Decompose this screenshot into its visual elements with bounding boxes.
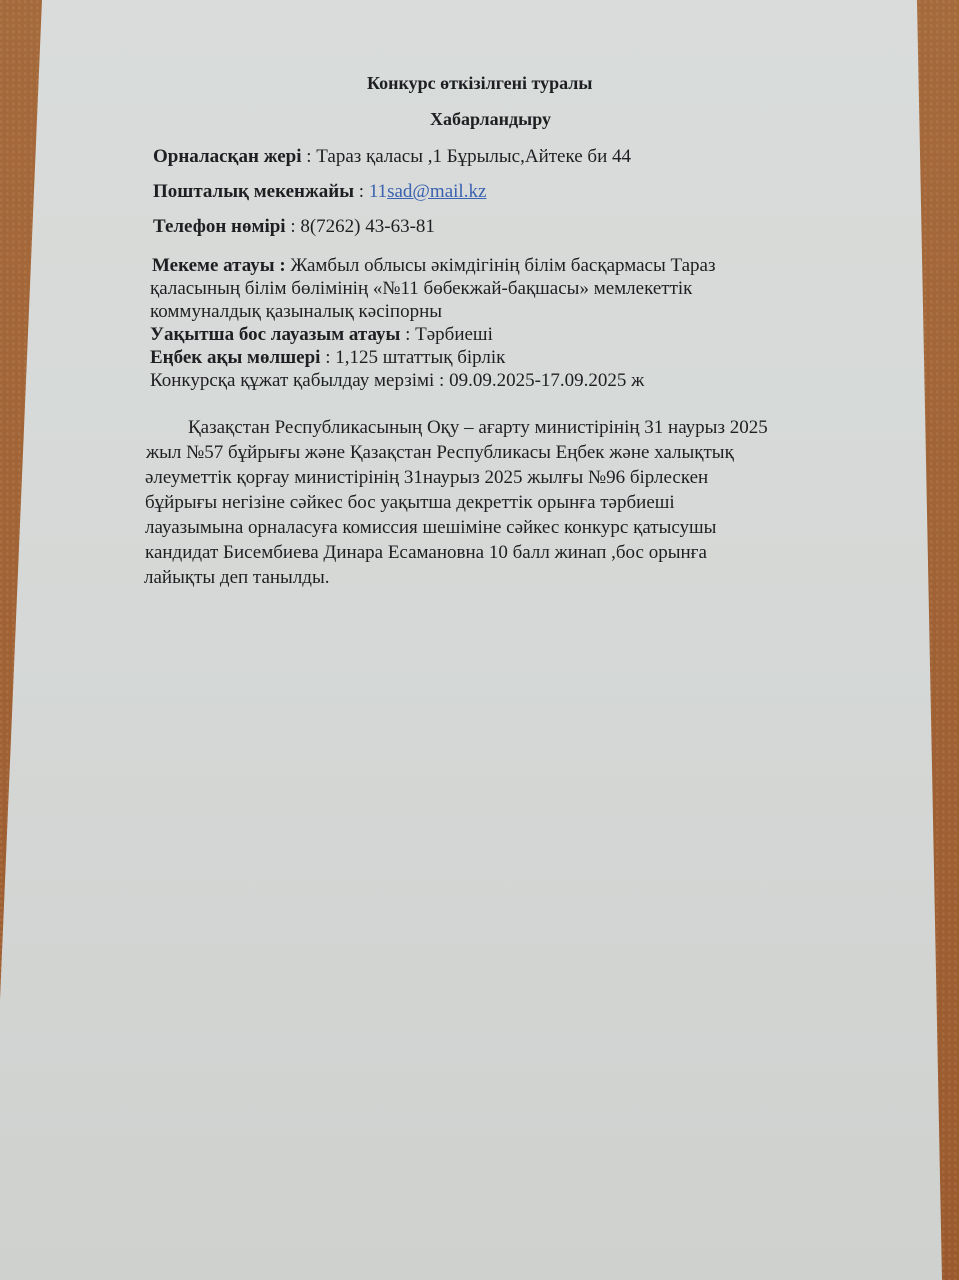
body-line-4: бұйрығы негізіне сәйкес бос уақытша декр… (145, 492, 675, 514)
position-sep: : (400, 324, 415, 345)
salary-label: Еңбек ақы мөлшері (150, 347, 320, 368)
institution-value-line-1: Жамбыл облысы әкімдігінің білім басқарма… (286, 255, 716, 276)
salary-sep: : (320, 347, 335, 368)
phone-field: Телефон нөмірі : 8(7262) 43-63-81 (153, 216, 435, 238)
body-line-1: Қазақстан Республикасының Оқу – ағарту м… (188, 417, 768, 439)
title-line-2: Хабарландыру (430, 108, 551, 130)
salary-value: 1,125 штаттық бірлік (335, 347, 505, 368)
location-label: Орналасқан жері (153, 146, 302, 167)
institution-value-line-3: коммуналдық қазыналық кәсіпорны (150, 301, 442, 323)
location-sep: : (302, 146, 317, 167)
institution-field: Мекеме атауы : Жамбыл облысы әкімдігінің… (152, 255, 716, 277)
email-label: Пошталық мекенжайы (153, 181, 354, 202)
location-field: Орналасқан жері : Тараз қаласы ,1 Бұрылы… (153, 146, 631, 168)
phone-value: 8(7262) 43-63-81 (300, 216, 435, 237)
email-link[interactable]: 11sad@mail.kz (369, 181, 487, 202)
body-line-5: лауазымына орналасуға комиссия шешіміне … (145, 517, 716, 539)
email-field: Пошталық мекенжайы : 11sad@mail.kz (153, 181, 486, 203)
body-line-3: әлеуметтік қорғау министірінің 31наурыз … (145, 467, 708, 489)
phone-label: Телефон нөмірі (153, 216, 286, 237)
body-line-6: кандидат Бисембиева Динара Есамановна 10… (145, 542, 707, 564)
email-value: sad@mail.kz (387, 181, 486, 202)
location-value: Тараз қаласы ,1 Бұрылыс,Айтеке би 44 (316, 146, 631, 167)
body-line-7: лайықты деп танылды. (144, 567, 329, 589)
email-prefix: 11 (369, 181, 387, 202)
position-label: Уақытша бос лауазым атауы (150, 324, 400, 345)
position-value: Тәрбиеші (415, 324, 493, 345)
salary-field: Еңбек ақы мөлшері : 1,125 штаттық бірлік (150, 347, 505, 369)
position-field: Уақытша бос лауазым атауы : Тәрбиеші (150, 324, 493, 346)
title-line-1: Конкурс өткізілгені туралы (367, 72, 592, 94)
body-line-2: жыл №57 бұйрығы және Қазақстан Республик… (146, 442, 734, 464)
email-sep: : (354, 181, 369, 202)
deadline-field: Конкурсқа құжат қабылдау мерзімі : 09.09… (150, 370, 644, 392)
document: Конкурс өткізілгені туралы Хабарландыру … (0, 0, 959, 1280)
phone-sep: : (286, 216, 301, 237)
institution-value-line-2: қаласының білім бөлімінің «№11 бөбекжай-… (150, 278, 692, 300)
institution-label: Мекеме атауы : (152, 255, 286, 276)
